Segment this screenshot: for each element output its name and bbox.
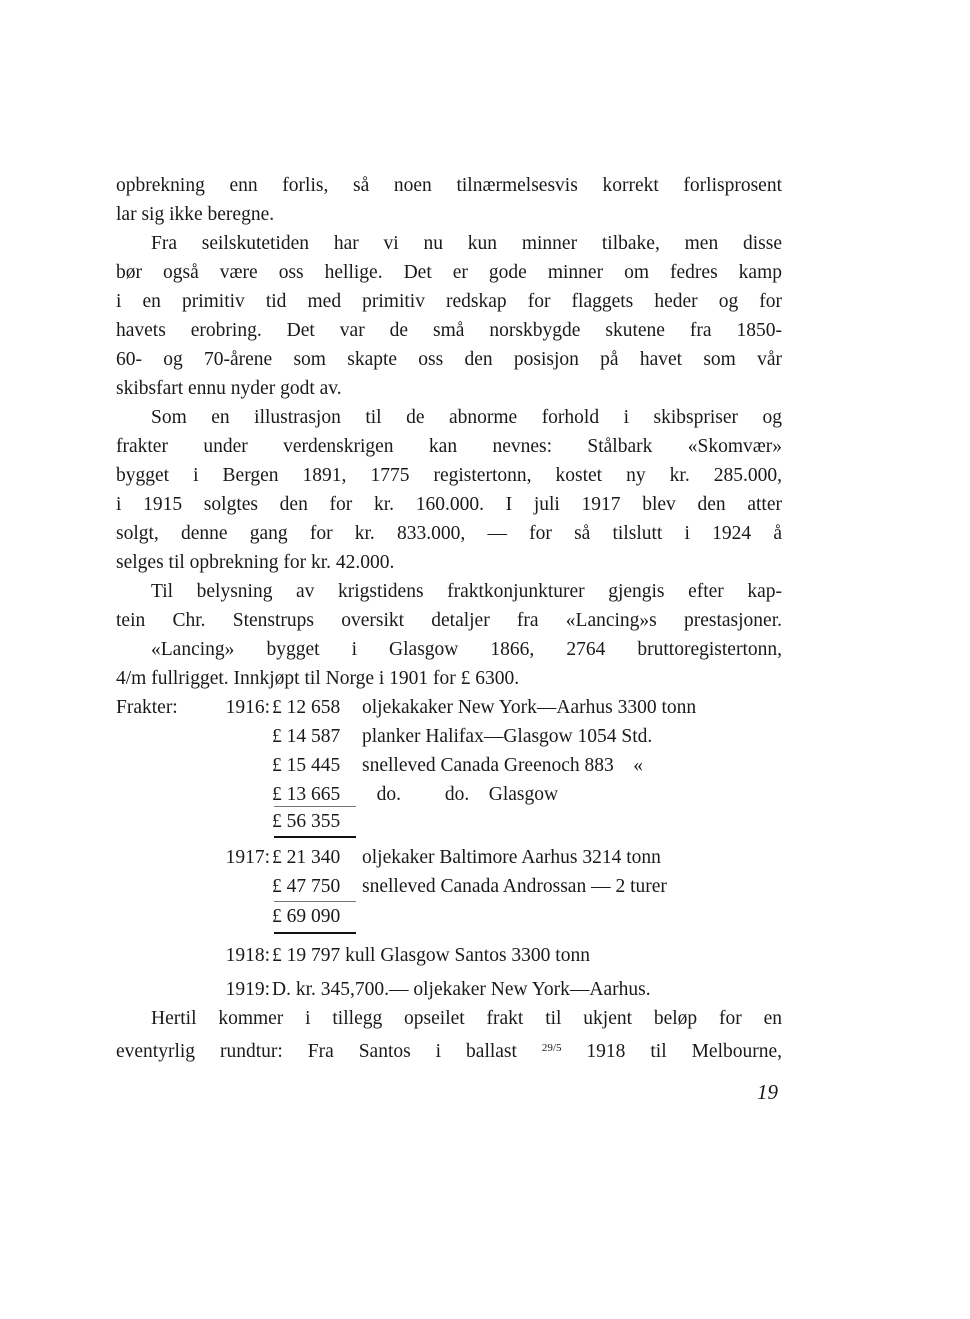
- freight-description: oljekakaker New York—Aarhus 3300 tonn: [362, 696, 696, 720]
- text-line: Hertil kommer i tillegg opseilet frakt t…: [151, 1007, 782, 1031]
- text-line: tein Chr. Stenstrups oversikt detaljer f…: [116, 609, 782, 633]
- freight-amount: £ 13 665: [272, 783, 360, 807]
- text-line: bør også være oss hellige. Det er gode m…: [116, 261, 782, 285]
- text-line: selges til opbrekning for kr. 42.000.: [116, 551, 782, 575]
- text-line: i 1915 solgtes den for kr. 160.000. I ju…: [116, 493, 782, 517]
- date-fraction: 29/5: [542, 1042, 562, 1054]
- text-line: eventyrlig rundtur: Fra Santos i ballast…: [116, 1036, 782, 1060]
- freight-total: £ 69 090: [272, 905, 360, 929]
- freight-amount: £ 15 445: [272, 754, 360, 778]
- text-line: 4/m fullrigget. Innkjøpt til Norge i 190…: [116, 667, 782, 691]
- freight-amount: £ 14 587: [272, 725, 360, 749]
- freight-total: £ 56 355: [272, 810, 360, 834]
- text-line: bygget i Bergen 1891, 1775 registertonn,…: [116, 464, 782, 488]
- freight-amount: £ 12 658: [272, 696, 360, 720]
- text-line: skibsfart ennu nyder godt av.: [116, 377, 782, 401]
- page-number: 19: [757, 1080, 778, 1105]
- freight-entry: D. kr. 345,700.— oljekaker New York—Aarh…: [272, 978, 651, 1002]
- text-line: Fra seilskutetiden har vi nu kun minner …: [151, 232, 782, 256]
- freight-description: oljekaker New York—Aarhus.: [413, 979, 650, 1000]
- text-line: «Lancing» bygget i Glasgow 1866, 2764 br…: [151, 638, 782, 662]
- text-line: lar sig ikke beregne.: [116, 203, 782, 227]
- text-line: opbrekning enn forlis, så noen tilnærmel…: [116, 174, 782, 198]
- text-line: solgt, denne gang for kr. 833.000, — for…: [116, 522, 782, 546]
- freight-amount: D. kr. 345,700.—: [272, 979, 409, 1000]
- text-line: 60- og 70-årene som skapte oss den posis…: [116, 348, 782, 372]
- text-fragment: 1918 til Melbourne,: [586, 1041, 782, 1062]
- freight-amount: £ 19 797: [272, 945, 340, 966]
- freight-label: Frakter:: [116, 696, 178, 720]
- freight-year: 1919:: [208, 978, 270, 1002]
- text-fragment: eventyrlig rundtur: Fra Santos i ballast: [116, 1041, 517, 1062]
- total-underline: [274, 836, 356, 838]
- freight-year: 1916:: [208, 696, 270, 720]
- text-line: i en primitiv tid med primitiv redskap f…: [116, 290, 782, 314]
- freight-description: snelleved Canada Greenoch 883 «: [362, 754, 643, 778]
- text-line: havets erobring. Det var de små norskbyg…: [116, 319, 782, 343]
- freight-description: oljekaker Baltimore Aarhus 3214 tonn: [362, 846, 661, 870]
- freight-entry: £ 19 797 kull Glasgow Santos 3300 tonn: [272, 944, 590, 968]
- freight-amount: £ 47 750: [272, 875, 360, 899]
- freight-description: snelleved Canada Androssan — 2 turer: [362, 875, 667, 899]
- total-underline: [274, 932, 356, 934]
- freight-description: planker Halifax—Glasgow 1054 Std.: [362, 725, 652, 749]
- freight-amount: £ 21 340: [272, 846, 360, 870]
- document-page: opbrekning enn forlis, så noen tilnærmel…: [0, 0, 970, 1319]
- freight-description: kull Glasgow Santos 3300 tonn: [345, 945, 590, 966]
- text-line: frakter under verdenskrigen kan nevnes: …: [116, 435, 782, 459]
- freight-description: do. do. Glasgow: [362, 783, 558, 807]
- freight-year: 1918:: [208, 944, 270, 968]
- text-line: Som en illustrasjon til de abnorme forho…: [151, 406, 782, 430]
- freight-year: 1917:: [208, 846, 270, 870]
- sum-rule: [274, 806, 356, 807]
- text-line: Til belysning av krigstidens fraktkonjun…: [151, 580, 782, 604]
- sum-rule: [274, 901, 356, 902]
